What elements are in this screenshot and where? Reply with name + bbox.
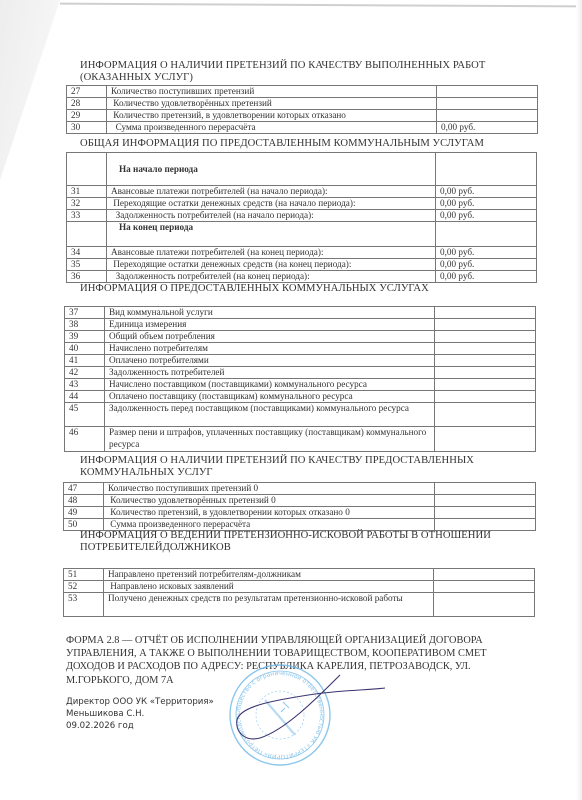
row-number: 51	[64, 569, 104, 581]
claims-utility-table: 47Количество поступивших претензий 048 К…	[63, 482, 536, 531]
row-value	[434, 593, 535, 617]
utility-services-table: 37Вид коммунальной услуги38Единица измер…	[64, 306, 536, 452]
row-value: 0,00 руб.	[436, 198, 537, 210]
row-number: 27	[67, 86, 107, 98]
table-row: 42Задолженность потребителей	[65, 367, 536, 379]
section1-title-line1: ИНФОРМАЦИЯ О НАЛИЧИИ ПРЕТЕНЗИЙ ПО КАЧЕСТ…	[80, 60, 485, 73]
row-value: 0,00 руб.	[436, 210, 537, 222]
row-value	[435, 343, 536, 355]
row-value	[435, 331, 536, 343]
row-number: 53	[64, 593, 104, 617]
section2-title: ОБЩАЯ ИНФОРМАЦИЯ ПО ПРЕДОСТАВЛЕННЫМ КОММ…	[80, 138, 484, 151]
row-label: Направлено претензий потребителям-должни…	[104, 569, 434, 581]
signer-position: Директор ООО УК «Территория»	[66, 696, 214, 708]
table-row: 48 Количество удовлетворённых претензий …	[64, 495, 536, 507]
row-number: 40	[65, 343, 105, 355]
table-row: 43Начислено поставщиком (поставщиками) к…	[65, 379, 536, 391]
row-label: Количество претензий, в удовлетворении к…	[104, 507, 435, 519]
row-value	[435, 379, 536, 391]
row-label: Количество удовлетворённых претензий	[107, 98, 437, 110]
table-row: 40Начислено потребителям	[65, 343, 536, 355]
row-number: 47	[64, 483, 104, 495]
signer-name: Меньшикова С.Н.	[66, 708, 214, 720]
table-row: 44Оплачено поставщику (поставщикам) комм…	[65, 391, 536, 403]
row-number: 41	[65, 355, 105, 367]
row-number: 42	[65, 367, 105, 379]
section4-title-line1: ИНФОРМАЦИЯ О НАЛИЧИИ ПРЕТЕНЗИЙ ПО КАЧЕСТ…	[80, 455, 474, 468]
debt-claims-table: 51Направлено претензий потребителям-долж…	[63, 568, 535, 617]
row-value	[435, 507, 536, 519]
table-row: 37Вид коммунальной услуги	[65, 307, 536, 319]
row-number: 52	[64, 581, 104, 593]
table-row: 38Единица измерения	[65, 319, 536, 331]
table-row: 33 Задолженность потребителей (на начало…	[67, 210, 537, 222]
page-right-edge	[576, 0, 582, 800]
table-row: 36 Задолженность потребителей (на конец …	[67, 271, 537, 283]
row-value	[434, 581, 535, 593]
row-number: 31	[67, 186, 107, 198]
row-value	[435, 319, 536, 331]
row-label: Сумма произведенного перерасчёта	[104, 519, 435, 531]
row-value	[437, 110, 538, 122]
table-row: 39Общий объем потребления	[65, 331, 536, 343]
row-label: Размер пени и штрафов, уплаченных постав…	[105, 427, 435, 452]
row-label: Количество претензий, в удовлетворении к…	[107, 110, 437, 122]
row-label: Начислено потребителям	[105, 343, 435, 355]
row-number: 34	[67, 247, 107, 259]
row-label: Общий объем потребления	[105, 331, 435, 343]
row-number: 36	[67, 271, 107, 283]
row-value: 0,00 руб.	[436, 271, 537, 283]
row-number: 43	[65, 379, 105, 391]
table-row: 41Оплачено потребителями	[65, 355, 536, 367]
table-row: 50 Сумма произведенного перерасчёта	[64, 519, 536, 531]
row-label: Задолженность перед поставщиком (поставщ…	[105, 403, 435, 427]
row-number: 45	[65, 403, 105, 427]
row-number: 29	[67, 110, 107, 122]
row-label: Начислено поставщиком (поставщиками) ком…	[105, 379, 435, 391]
table-row: 53 Получено денежных средств по результа…	[64, 593, 535, 617]
row-value	[435, 495, 536, 507]
section5-title-line1: ИНФОРМАЦИЯ О ВЕДЕНИИ ПРЕТЕНЗИОННО-ИСКОВО…	[80, 530, 491, 543]
row-number: 49	[64, 507, 104, 519]
row-value	[434, 569, 535, 581]
table-row: 51Направлено претензий потребителям-долж…	[64, 569, 535, 581]
row-label: Авансовые платежи потребителей (на начал…	[107, 186, 436, 198]
row-value	[437, 98, 538, 110]
row-number: 38	[65, 319, 105, 331]
row-label: Задолженность потребителей (на начало пе…	[107, 210, 436, 222]
row-label: Переходящие остатки денежных средств (на…	[107, 198, 436, 210]
row-number: 28	[67, 98, 107, 110]
period-end-header: На конец периода	[107, 222, 436, 247]
table-row: 45Задолженность перед поставщиком (поста…	[65, 403, 536, 427]
row-value	[435, 483, 536, 495]
section4-title-line2: КОММУНАЛЬНЫХ УСЛУГ	[80, 467, 213, 480]
row-label: Сумма произведенного перерасчёта	[107, 122, 437, 134]
table-row: 28 Количество удовлетворённых претензий	[67, 98, 538, 110]
section3-title: ИНФОРМАЦИЯ О ПРЕДОСТАВЛЕННЫХ КОММУНАЛЬНЫ…	[80, 283, 429, 296]
table-row: 27Количество поступивших претензий	[67, 86, 538, 98]
row-value	[435, 391, 536, 403]
row-label: Задолженность потребителей	[105, 367, 435, 379]
row-number: 37	[65, 307, 105, 319]
row-label: Количество поступивших претензий 0	[104, 483, 435, 495]
row-value	[435, 403, 536, 427]
section5-title-line2: ПОТРЕБИТЕЛЕЙДОЛЖНИКОВ	[80, 542, 231, 555]
row-number: 32	[67, 198, 107, 210]
row-label: Оплачено поставщику (поставщикам) коммун…	[105, 391, 435, 403]
row-value: 0,00 руб.	[436, 259, 537, 271]
table-row: 46Размер пени и штрафов, уплаченных пост…	[65, 427, 536, 452]
row-value: 0,00 руб.	[437, 122, 538, 134]
row-label: Единица измерения	[105, 319, 435, 331]
row-value	[435, 367, 536, 379]
row-label: Авансовые платежи потребителей (на конец…	[107, 247, 436, 259]
table-row: 30 Сумма произведенного перерасчёта0,00 …	[67, 122, 538, 134]
period-start-header-row: На начало периода	[67, 153, 537, 186]
row-number: 46	[65, 427, 105, 452]
row-label: Получено денежных средств по результатам…	[104, 593, 434, 617]
row-number: 30	[67, 122, 107, 134]
claims-works-table: 27Количество поступивших претензий28 Кол…	[66, 85, 538, 134]
table-row: 34Авансовые платежи потребителей (на кон…	[67, 247, 537, 259]
table-row: 35 Переходящие остатки денежных средств …	[67, 259, 537, 271]
table-row: 29 Количество претензий, в удовлетворени…	[67, 110, 538, 122]
row-number: 48	[64, 495, 104, 507]
row-number: 44	[65, 391, 105, 403]
row-value	[435, 427, 536, 452]
table-row: 47Количество поступивших претензий 0	[64, 483, 536, 495]
row-number: 39	[65, 331, 105, 343]
table-row: 49 Количество претензий, в удовлетворени…	[64, 507, 536, 519]
row-label: Количество поступивших претензий	[107, 86, 437, 98]
row-label: Задолженность потребителей (на конец пер…	[107, 271, 436, 283]
period-start-header: На начало периода	[107, 153, 436, 186]
row-number: 50	[64, 519, 104, 531]
row-label: Количество удовлетворённых претензий 0	[104, 495, 435, 507]
general-info-table: На начало периода 31Авансовые платежи по…	[66, 152, 537, 283]
row-value: 0,00 руб.	[436, 247, 537, 259]
row-label: Переходящие остатки денежных средств (на…	[107, 259, 436, 271]
row-number: 33	[67, 210, 107, 222]
row-value	[435, 307, 536, 319]
row-value: 0,00 руб.	[436, 186, 537, 198]
table-row: 52 Направлено исковых заявлений	[64, 581, 535, 593]
row-label: Оплачено потребителями	[105, 355, 435, 367]
section1-title-line2: (ОКАЗАННЫХ УСЛУГ)	[80, 72, 193, 85]
table-row: 31Авансовые платежи потребителей (на нач…	[67, 186, 537, 198]
row-value	[437, 86, 538, 98]
row-number: 35	[67, 259, 107, 271]
row-label: Вид коммунальной услуги	[105, 307, 435, 319]
period-end-header-row: На конец периода	[67, 222, 537, 247]
signature-block: Директор ООО УК «Территория» Меньшикова …	[66, 696, 214, 732]
row-value	[435, 355, 536, 367]
signing-date: 09.02.2026 год	[66, 720, 214, 732]
row-label: Направлено исковых заявлений	[104, 581, 434, 593]
table-row: 32 Переходящие остатки денежных средств …	[67, 198, 537, 210]
row-value	[435, 519, 536, 531]
